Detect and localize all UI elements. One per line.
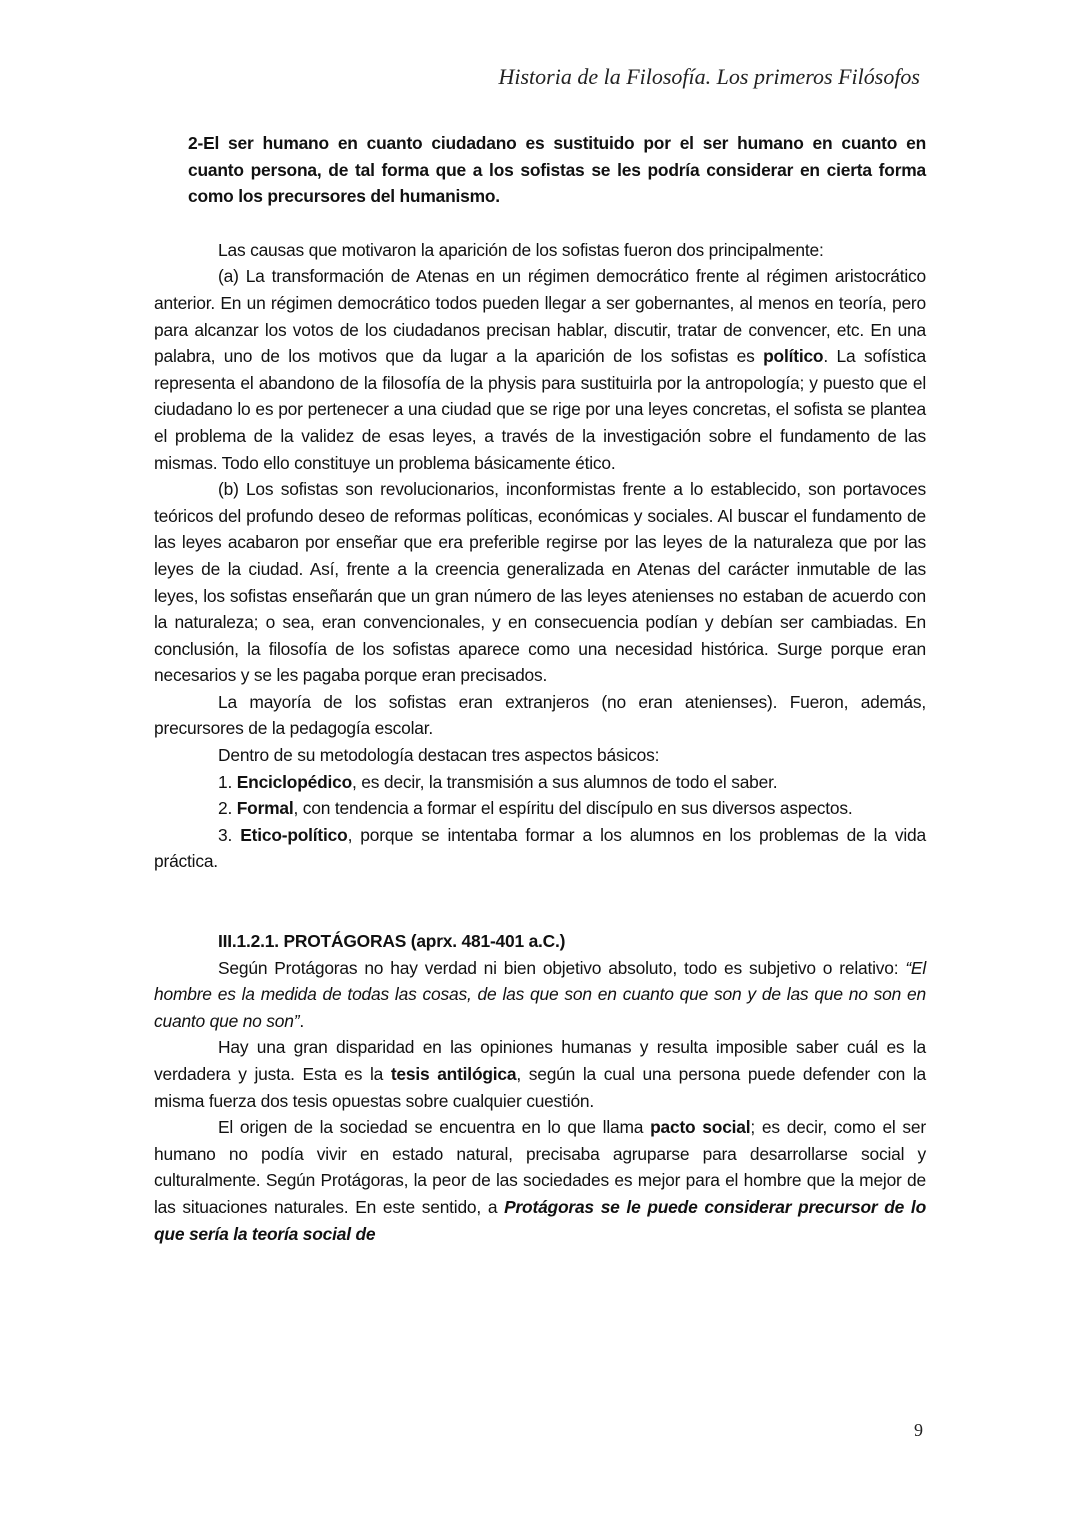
page-number: 9 (914, 1420, 923, 1441)
methodology-item: 1. Enciclopédico, es decir, la transmisi… (154, 769, 926, 796)
foreigners-paragraph: La mayoría de los sofistas eran extranje… (154, 689, 926, 742)
protagoras-paragraph-3: El origen de la sociedad se encuentra en… (154, 1114, 926, 1247)
protagoras-paragraph-2: Hay una gran disparidad en las opiniones… (154, 1034, 926, 1114)
causes-intro: Las causas que motivaron la aparición de… (154, 237, 926, 264)
cause-b: (b) Los sofistas son revolucionarios, in… (154, 476, 926, 689)
emphasis-politico: político (763, 346, 823, 366)
running-header: Historia de la Filosofía. Los primeros F… (498, 64, 920, 90)
methodology-item: 2. Formal, con tendencia a formar el esp… (154, 795, 926, 822)
intro-point: 2-El ser humano en cuanto ciudadano es s… (154, 130, 926, 210)
section-heading-protagoras: III.1.2.1. PROTÁGORAS (aprx. 481-401 a.C… (154, 928, 926, 955)
page-body: 2-El ser humano en cuanto ciudadano es s… (154, 130, 926, 1247)
methodology-item: 3. Etico-político, porque se intentaba f… (154, 822, 926, 875)
methodology-intro: Dentro de su metodología destacan tres a… (154, 742, 926, 769)
section-spacer (154, 875, 926, 928)
cause-a: (a) La transformación de Atenas en un ré… (154, 263, 926, 476)
protagoras-paragraph-1: Según Protágoras no hay verdad ni bien o… (154, 955, 926, 1035)
